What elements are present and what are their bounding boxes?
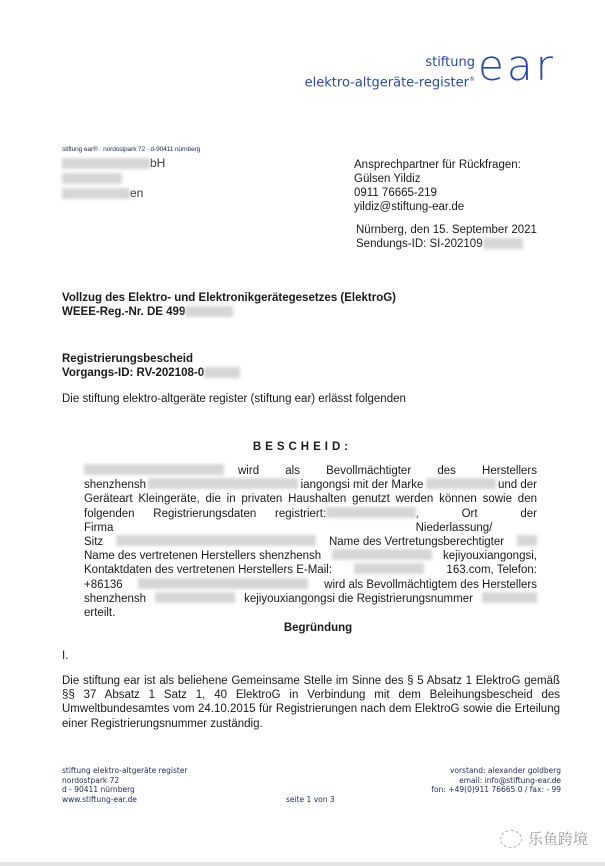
date-block: Nürnberg, den 15. September 2021 Sendung… (356, 223, 537, 251)
date-line: Nürnberg, den 15. September 2021 (356, 223, 537, 237)
recipient-address: bH en (62, 156, 165, 201)
registration-title-block: Registrierungsbescheid Vorgangs-ID: RV-2… (62, 352, 240, 380)
footer-contact: vorstand: alexander goldberg email: info… (431, 766, 561, 795)
bescheid-heading: BESCHEID: (0, 441, 605, 453)
page-number: seite 1 von 3 (286, 795, 335, 804)
watermark: 乐鱼跨境 (500, 828, 588, 849)
begruendung-heading: Begründung (0, 622, 605, 634)
redacted-block (62, 188, 130, 199)
ear-logo-mark: ear (478, 44, 556, 88)
sender-address-line: stiftung ear® · nordostpark 72 · d-90411… (62, 146, 200, 153)
contact-block: Ansprechpartner für Rückfragen: Gülsen Y… (354, 158, 521, 214)
weee-reg-nr: WEEE-Reg.-Nr. DE 499 (62, 305, 396, 319)
redacted-block (62, 173, 122, 184)
footer-website-link[interactable]: www.stiftung-ear.de (62, 795, 188, 805)
contact-email[interactable]: yildiz@stiftung-ear.de (354, 200, 521, 214)
logo-line-stiftung: stiftung (305, 54, 475, 71)
redacted-block (62, 158, 150, 169)
intro-text: Die stiftung elektro-altgeräte register … (62, 393, 406, 405)
bottom-edge (0, 862, 605, 866)
contact-name: Gülsen Yildiz (354, 172, 521, 186)
contact-label: Ansprechpartner für Rückfragen: (354, 158, 521, 172)
subject-line: Vollzug des Elektro- und Elektronikgerät… (62, 291, 396, 305)
watermark-text: 乐鱼跨境 (528, 828, 588, 849)
subject: Vollzug des Elektro- und Elektronikgerät… (62, 291, 396, 319)
begruendung-paragraph: Die stiftung ear ist als beliehene Gemei… (62, 674, 560, 731)
logo-line-register: elektro-altgeräte-register® (305, 71, 475, 91)
section-number: I. (62, 650, 68, 662)
footer-address: stiftung elektro-altgeräte register nord… (62, 766, 188, 804)
footer-email-link[interactable]: email: info@stiftung-ear.de (431, 776, 561, 786)
registration-title: Registrierungsbescheid (62, 352, 240, 366)
bescheid-body: wird als Bevollmächtigter des Hersteller… (84, 464, 537, 620)
wechat-channel-icon (500, 830, 522, 848)
contact-phone: 0911 76665-219 (354, 186, 521, 200)
logo-text: stiftung elektro-altgeräte-register® (305, 54, 475, 91)
vorgangs-id: Vorgangs-ID: RV-202108-0 (62, 366, 240, 380)
sendungs-id: Sendungs-ID: SI-202109 (356, 237, 537, 251)
